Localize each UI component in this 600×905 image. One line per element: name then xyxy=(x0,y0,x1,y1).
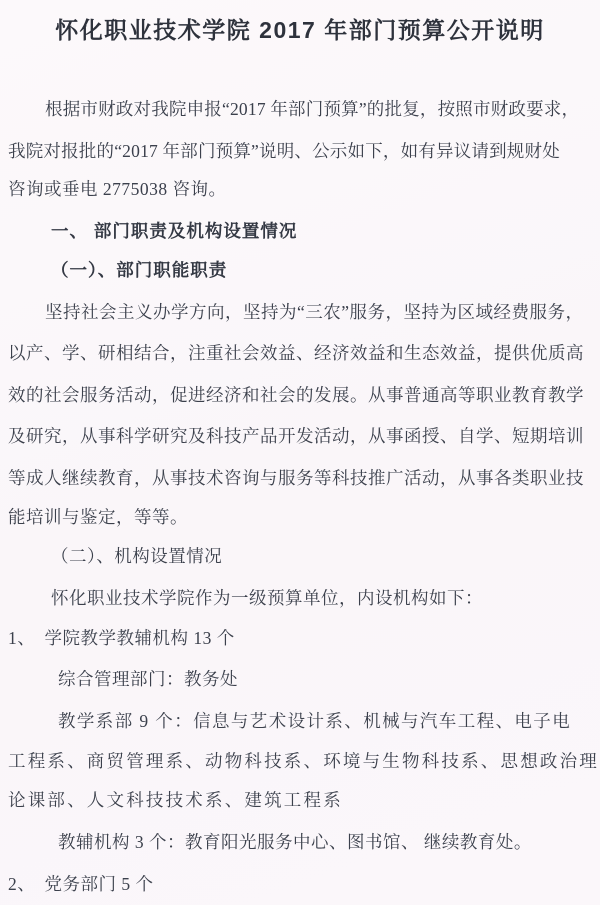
doc-line-item-1: 1、 学院教学教辅机构 13 个 xyxy=(8,626,600,650)
section-1-1-heading: （一）、部门职能职责 xyxy=(8,258,600,282)
doc-line-item-1b-2: 工程系、商贸管理系、动物科技系、环境与生物科技系、思想政治理 xyxy=(8,749,600,773)
doc-line-duty-5: 等成人继续教育，从事技术咨询与服务等科技推广活动，从事各类职业技 xyxy=(8,466,600,490)
doc-line-duty-3: 效的社会服务活动，促进经济和社会的发展。从事普通高等职业教育教学 xyxy=(8,383,600,407)
doc-line-intro-2: 我院对报批的“2017 年部门预算”说明、公示如下，如有异议请到规财处 xyxy=(8,139,600,163)
doc-line-org-intro: 怀化职业技术学院作为一级预算单位，内设机构如下： xyxy=(8,586,600,610)
section-1-heading: 一、 部门职责及机构设置情况 xyxy=(8,219,600,243)
doc-line-duty-2: 以产、学、研相结合，注重社会效益、经济效益和生态效益，提供优质高 xyxy=(8,341,600,365)
doc-line-intro-3: 咨询或垂电 2775038 咨询。 xyxy=(8,177,600,201)
doc-line-item-1c: 教辅机构 3 个：教育阳光服务中心、图书馆、 继续教育处。 xyxy=(8,830,600,854)
doc-line-duty-4: 及研究，从事科学研究及科技产品开发活动，从事函授、自学、短期培训 xyxy=(8,424,600,448)
doc-line-item-2: 2、 党务部门 5 个 xyxy=(8,872,600,896)
doc-line-duty-6: 能培训与鉴定，等等。 xyxy=(8,505,600,529)
scanned-document-page: 怀化职业技术学院 2017 年部门预算公开说明 根据市财政对我院申报“2017 … xyxy=(0,0,600,905)
document-title: 怀化职业技术学院 2017 年部门预算公开说明 xyxy=(0,12,600,45)
section-1-2-heading: （二）、机构设置情况 xyxy=(8,544,600,568)
doc-line-item-1a: 综合管理部门：教务处 xyxy=(8,667,600,691)
doc-line-item-1b-1: 教学系部 9 个：信息与艺术设计系、机械与汽车工程、电子电 xyxy=(8,709,600,733)
doc-line-intro-1: 根据市财政对我院申报“2017 年部门预算”的批复，按照市财政要求， xyxy=(8,97,600,121)
doc-line-duty-1: 坚持社会主义办学方向，坚持为“三农”服务，坚持为区域经费服务， xyxy=(8,300,600,324)
doc-line-item-1b-3: 论课部、人文科技技术系、建筑工程系 xyxy=(8,788,600,812)
